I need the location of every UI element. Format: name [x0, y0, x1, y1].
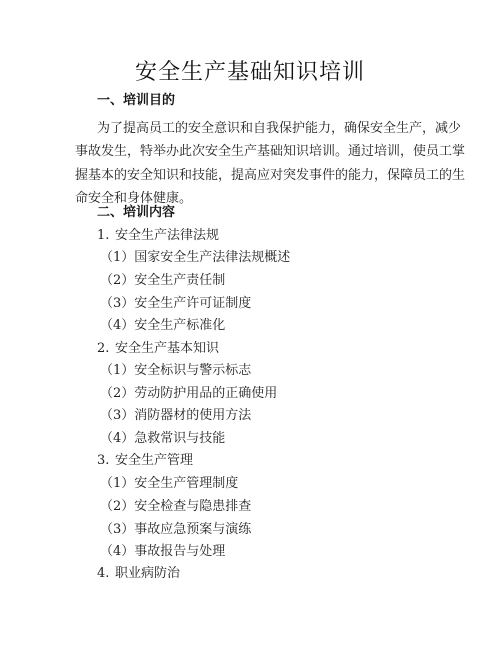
paragraph-line: 事故发生，特举办此次安全生产基础知识培训。通过培训，使员工掌 — [75, 140, 441, 163]
topic-label: 职业病防治 — [115, 566, 180, 581]
item-label: 劳动防护用品的正确使用 — [134, 386, 277, 401]
list-item: （4）事故报告与处理 — [100, 543, 225, 561]
item-label: 安全生产管理制度 — [134, 476, 238, 491]
list-item: （2）劳动防护用品的正确使用 — [100, 385, 277, 403]
topic-label: 安全生产管理 — [115, 453, 193, 468]
item-number: （3） — [100, 521, 134, 539]
item-label: 急救常识与技能 — [134, 431, 225, 446]
list-item: （4）急救常识与技能 — [100, 430, 225, 448]
item-number: （2） — [100, 498, 134, 516]
item-number: （1） — [100, 475, 134, 493]
topic-number: 2. — [97, 340, 115, 358]
topic-number: 3. — [97, 452, 115, 470]
list-item: （1）安全标识与警示标志 — [100, 362, 251, 380]
item-number: （4） — [100, 430, 134, 448]
paragraph-line: 为了提高员工的安全意识和自我保护能力，确保安全生产，减少 — [75, 117, 441, 140]
topic-number: 1. — [97, 227, 115, 245]
list-item: （1）国家安全生产法律法规概述 — [100, 249, 290, 267]
list-item: （3）事故应急预案与演练 — [100, 521, 251, 539]
list-item: （3）消防器材的使用方法 — [100, 407, 251, 425]
topic-number: 4. — [97, 565, 115, 583]
item-label: 安全生产标准化 — [134, 318, 225, 333]
item-label: 安全生产许可证制度 — [134, 296, 251, 311]
list-item: （3）安全生产许可证制度 — [100, 295, 251, 313]
item-label: 安全标识与警示标志 — [134, 363, 251, 378]
purpose-paragraph: 为了提高员工的安全意识和自我保护能力，确保安全生产，减少 事故发生，特举办此次安… — [75, 117, 441, 210]
item-label: 安全检查与隐患排查 — [134, 499, 251, 514]
list-item: （2）安全检查与隐患排查 — [100, 498, 251, 516]
topic-label: 安全生产法律法规 — [115, 228, 219, 243]
paragraph-line: 握基本的安全知识和技能，提高应对突发事件的能力，保障员工的生 — [75, 164, 441, 187]
item-label: 事故应急预案与演练 — [134, 522, 251, 537]
document-title: 安全生产基础知识培训 — [0, 59, 500, 87]
item-number: （3） — [100, 407, 134, 425]
item-number: （1） — [100, 362, 134, 380]
section-heading-purpose: 一、培训目的 — [97, 92, 175, 110]
list-item: （2）安全生产责任制 — [100, 272, 225, 290]
item-label: 国家安全生产法律法规概述 — [134, 250, 290, 265]
item-label: 事故报告与处理 — [134, 544, 225, 559]
item-label: 消防器材的使用方法 — [134, 408, 251, 423]
item-number: （1） — [100, 249, 134, 267]
topic-heading: 1.安全生产法律法规 — [97, 227, 219, 245]
list-item: （1）安全生产管理制度 — [100, 475, 238, 493]
topic-label: 安全生产基本知识 — [115, 341, 219, 356]
item-number: （4） — [100, 317, 134, 335]
list-item: （4）安全生产标准化 — [100, 317, 225, 335]
topic-heading: 2.安全生产基本知识 — [97, 340, 219, 358]
item-number: （4） — [100, 543, 134, 561]
section-heading-content: 二、培训内容 — [97, 204, 175, 222]
item-number: （2） — [100, 272, 134, 290]
item-number: （2） — [100, 385, 134, 403]
item-label: 安全生产责任制 — [134, 273, 225, 288]
document-page: 安全生产基础知识培训 一、培训目的 为了提高员工的安全意识和自我保护能力，确保安… — [0, 0, 500, 647]
item-number: （3） — [100, 295, 134, 313]
topic-heading: 4.职业病防治 — [97, 565, 180, 583]
topic-heading: 3.安全生产管理 — [97, 452, 193, 470]
